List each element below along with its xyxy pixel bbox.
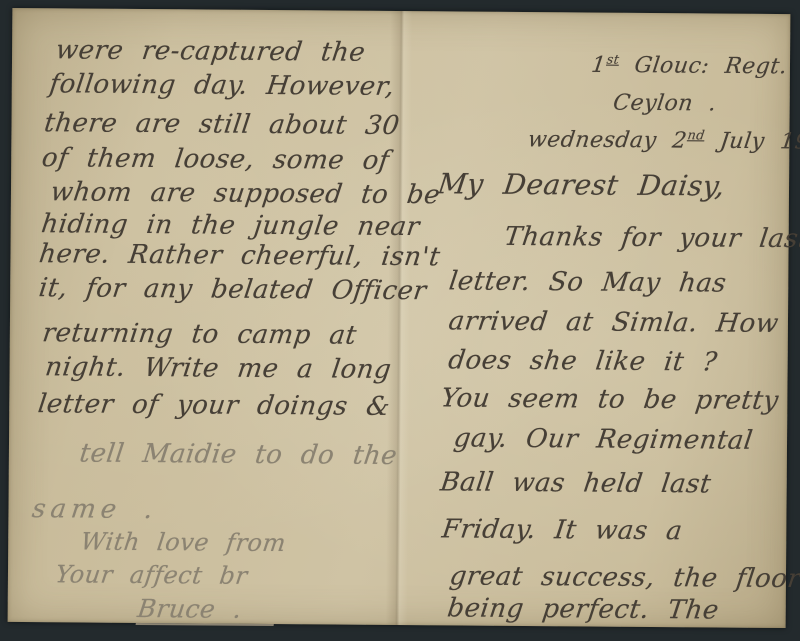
letterhead-date: wednesday 2nd July 1902. <box>526 127 800 155</box>
handwriting-line: great success, the floor <box>448 561 800 594</box>
date-month-year: July 1902. <box>703 129 800 155</box>
handwriting-line: arrived at Simla. How <box>447 306 781 339</box>
handwriting-line: being perfect. The <box>446 593 721 625</box>
handwriting-line: Ball was held last <box>439 467 713 499</box>
handwriting-line: gay. Our Regimental <box>452 423 755 455</box>
handwriting-line: does she like it ? <box>447 345 719 377</box>
letterhead-regiment: 1st Glouc: Regt. <box>590 53 789 80</box>
right-page: 1st Glouc: Regt. Ceylon . wednesday 2nd … <box>8 8 791 628</box>
letterhead-place: Ceylon . <box>612 91 718 117</box>
photo-background: were re-captured the following day. Howe… <box>0 0 800 641</box>
regiment-name: Glouc: Regt. <box>617 53 789 79</box>
salutation: My Dearest Daisy, <box>436 167 727 202</box>
date-day: wednesday 2 <box>526 127 688 153</box>
handwriting-line: Thanks for your last <box>503 222 800 254</box>
handwriting-line: letter. So May has <box>447 266 728 298</box>
handwriting-line: Friday. It was a <box>440 514 684 546</box>
letter-sheet: were re-captured the following day. Howe… <box>8 8 791 628</box>
handwriting-line: You seem to be pretty <box>439 383 780 416</box>
